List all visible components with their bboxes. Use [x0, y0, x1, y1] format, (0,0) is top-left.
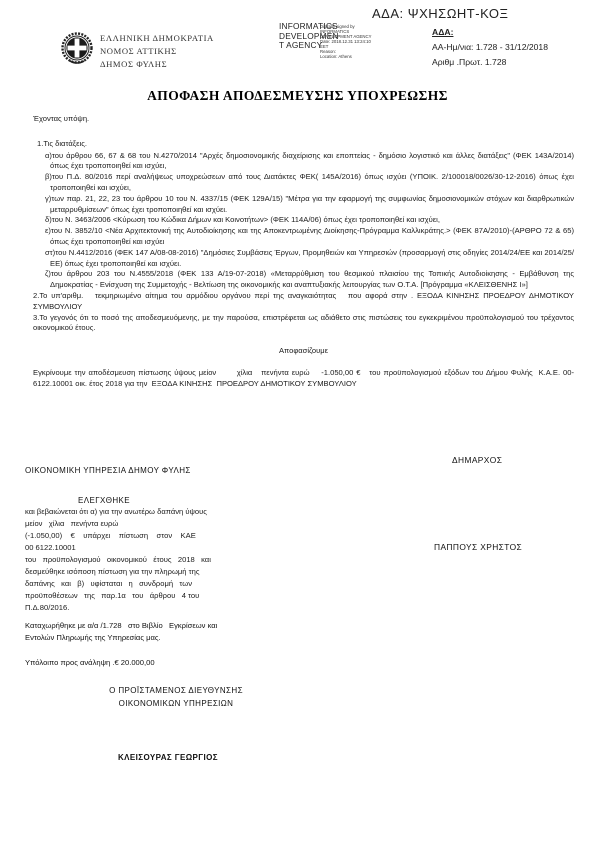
- provision-item: α)του άρθρου 66, 67 & 68 του Ν.4270/2014…: [41, 151, 574, 173]
- ada-code: ΑΔΑ: ΨΧΗΣΩΗΤ-ΚΟΞ: [372, 6, 508, 21]
- certification-block: και βεβαιώνεται ότι α) για την ανωτέρω δ…: [25, 506, 265, 614]
- consideration-item-3: 3.Το γεγονός ότι το ποσό της αποδεσμευόμ…: [33, 313, 574, 335]
- certification-line: του προϋπολογισμού οικονομικού έτους 201…: [25, 554, 265, 566]
- provision-item: ζ)του άρθρου 203 του Ν.4555/2018 (ΦΕΚ 13…: [41, 269, 574, 291]
- finance-department-title: ΟΙΚΟΝΟΜΙΚΗ ΥΠΗΡΕΣΙΑ ΔΗΜΟΥ ΦΥΛΗΣ: [25, 466, 191, 475]
- provision-item: στ)του Ν.4412/2016 (ΦΕΚ 147 Α/08-08-2016…: [41, 248, 574, 270]
- registry-note: Καταχωρήθηκε με α/α /1.728 στο Βιβλίο Εγ…: [25, 620, 265, 644]
- mayor-title: ΔΗΜΑΡΧΟΣ: [452, 455, 502, 465]
- document-title: ΑΠΟΦΑΣΗ ΑΠΟΔΕΣΜΕΥΣΗΣ ΥΠΟΧΡΕΩΣΗΣ: [0, 88, 595, 104]
- remaining-balance: Υπόλοιπο προς ανάληψη .€ 20.000,00: [25, 658, 155, 667]
- certification-line: Π.Δ.80/2016.: [25, 602, 265, 614]
- registry-meta: ΑΔΑ: ΑΑ-Ημ/νια: 1.728 - 31/12/2018 Αριθμ…: [432, 25, 548, 70]
- signature-detail-line: Location: Athens: [320, 54, 390, 59]
- provision-item: ε)του Ν. 3852/10 <Νέα Αρχιτεκτονική της …: [41, 226, 574, 248]
- provision-item: δ)του Ν. 3463/2006 <Κύρωση του Κώδικα Δή…: [41, 215, 574, 226]
- provision-item: γ)των παρ. 21, 22, 23 του άρθρου 10 του …: [41, 194, 574, 216]
- decision-heading: Αποφασίζουμε: [33, 346, 574, 357]
- signature-detail-block: Digitally signed by INFORMATICS DEVELOPM…: [320, 24, 390, 59]
- ada-label: ΑΔΑ:: [432, 25, 548, 40]
- finance-director-title-line: Ο ΠΡΟΪΣΤΑΜΕΝΟΣ ΔΙΕΥΘΥΝΣΗΣ: [62, 684, 290, 697]
- certification-line: προϋποθέσεων της παρ.1α του άρθρου 4 του: [25, 590, 265, 602]
- finance-director-name: ΚΛΕΙΣΟΥΡΑΣ ΓΕΩΡΓΙΟΣ: [118, 753, 218, 762]
- consideration-item-2: 2.Το υπ'αριθμ. τεκμηριωμένο αίτημα του α…: [33, 291, 574, 313]
- protocol-number: Αριθμ .Πρωτ. 1.728: [432, 55, 548, 70]
- document-page: ΑΔΑ: ΨΧΗΣΩΗΤ-ΚΟΞ ΕΛΛΗΝΙΚΗ ΔΗΜΟΚΡΑΤΙΑ ΝΟΜ…: [0, 0, 595, 842]
- decision-text: Εγκρίνουμε την αποδέσμευση πίστωσης ύψου…: [33, 368, 574, 390]
- document-body: Έχοντας υπόψη. 1.Τις διατάξεις. α)του άρ…: [33, 114, 574, 390]
- issuer-line: ΕΛΛΗΝΙΚΗ ΔΗΜΟΚΡΑΤΙΑ: [100, 32, 214, 45]
- greek-coat-of-arms-icon: [60, 28, 94, 70]
- certification-line: (-1.050,00) € υπάρχει πίστωση στον ΚΑΕ: [25, 530, 265, 542]
- having-regard: Έχοντας υπόψη.: [33, 114, 574, 125]
- finance-director-title-line: ΟΙΚΟΝΟΜΙΚΩΝ ΥΠΗΡΕΣΙΩΝ: [62, 697, 290, 710]
- certification-line: μείον χίλια πενήντα ευρώ: [25, 518, 265, 530]
- checked-label: ΕΛΕΓΧΘΗΚΕ: [78, 496, 130, 505]
- certification-line: δεσμεύθηκε ισόποση πίστωση για την πληρω…: [25, 566, 265, 578]
- issuer-block: ΕΛΛΗΝΙΚΗ ΔΗΜΟΚΡΑΤΙΑ ΝΟΜΟΣ ΑΤΤΙΚΗΣ ΔΗΜΟΣ …: [100, 32, 214, 71]
- provisions-heading: 1.Τις διατάξεις.: [37, 139, 574, 150]
- issuer-line: ΔΗΜΟΣ ΦΥΛΗΣ: [100, 58, 214, 71]
- certification-line: και βεβαιώνεται ότι α) για την ανωτέρω δ…: [25, 506, 265, 518]
- certification-line: δαπάνης και β) υφίσταται η συνδρομή των: [25, 578, 265, 590]
- certification-line: 00 6122.10001: [25, 542, 265, 554]
- provision-item: β)του Π.Δ. 80/2016 περί αναλήψεως υποχρε…: [41, 172, 574, 194]
- mayor-name: ΠΑΠΠΟΥΣ ΧΡΗΣΤΟΣ: [434, 542, 522, 552]
- finance-director-title: Ο ΠΡΟΪΣΤΑΜΕΝΟΣ ΔΙΕΥΘΥΝΣΗΣ ΟΙΚΟΝΟΜΙΚΩΝ ΥΠ…: [62, 684, 290, 710]
- aa-date: ΑΑ-Ημ/νια: 1.728 - 31/12/2018: [432, 40, 548, 55]
- issuer-line: ΝΟΜΟΣ ΑΤΤΙΚΗΣ: [100, 45, 214, 58]
